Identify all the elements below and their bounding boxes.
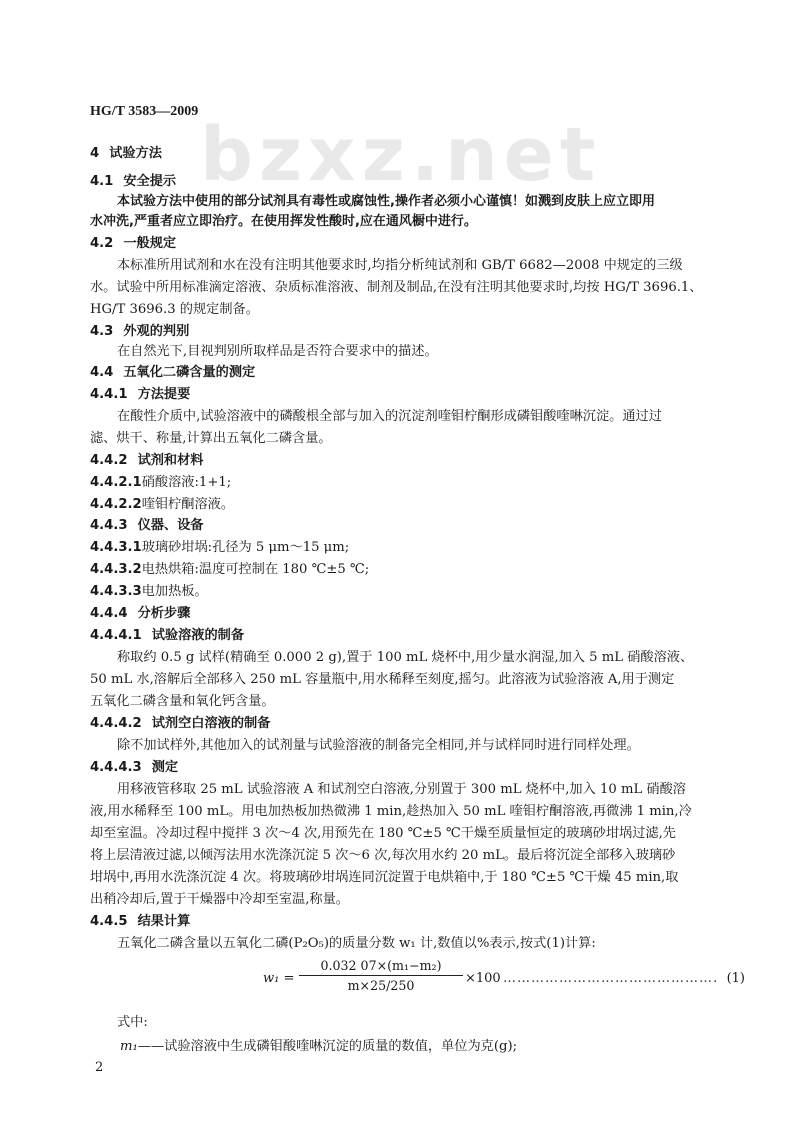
section-number: 4.4.3 <box>90 516 128 536</box>
section-number: 4.4 <box>90 363 113 383</box>
section-number: 4.4.2 <box>90 451 128 471</box>
variable-description: ——试验溶液中生成磷钼酸喹啉沉淀的质量的数值，单位为克(g); <box>138 1039 517 1054</box>
section-number: 4.4.1 <box>90 385 128 405</box>
fraction-denominator: m×25/250 <box>299 976 463 993</box>
section-number: 4.4.4 <box>90 604 128 624</box>
section-4-3-heading: 4.3外观的判别 <box>90 322 189 342</box>
item-number: 4.4.3.2 <box>90 562 142 577</box>
item-number: 4.4.2.2 <box>90 497 142 512</box>
section-number: 4.4.4.1 <box>90 626 142 646</box>
section-title: 仪器、设备 <box>138 518 204 533</box>
section-4-1-heading: 4.1安全提示 <box>90 172 176 192</box>
section-title: 测定 <box>152 760 178 775</box>
paragraph-line: 出稍冷却后,置于干燥器中冷却至室温,称量。 <box>90 890 349 910</box>
equation-fraction: 0.032 07×(m₁−m₂) m×25/250 <box>299 958 463 993</box>
list-item: 4.4.2.2喹钼柠酮溶液。 <box>90 495 234 515</box>
section-4-heading: 4试验方法 <box>90 144 162 164</box>
list-item: 4.4.3.3电加热板。 <box>90 582 208 602</box>
standard-code: HG/T 3583—2009 <box>90 102 198 122</box>
section-title: 方法提要 <box>138 387 191 402</box>
fraction-numerator: 0.032 07×(m₁−m₂) <box>299 958 463 976</box>
item-text: 玻璃砂坩埚:孔径为 5 μm～15 μm; <box>142 540 349 555</box>
item-number: 4.4.2.1 <box>90 475 142 490</box>
section-number: 4.4.5 <box>90 912 128 932</box>
list-item: 4.4.3.2电热烘箱:温度可控制在 180 ℃±5 ℃; <box>90 560 369 580</box>
where-label: 式中: <box>117 1013 148 1033</box>
paragraph-line: 本标准所用试剂和水在没有注明其他要求时,均指分析纯试剂和 GB/T 6682—2… <box>117 256 683 276</box>
variable-symbol: m₁ <box>120 1039 138 1054</box>
section-title: 试验方法 <box>109 146 162 161</box>
section-4-2-heading: 4.2一般规定 <box>90 234 176 254</box>
document-page: bzxz.net HG/T 3583—2009 4试验方法 4.1安全提示 本试… <box>0 0 800 1133</box>
variable-definition: m₁——试验溶液中生成磷钼酸喹啉沉淀的质量的数值，单位为克(g); <box>120 1037 517 1057</box>
section-title: 五氧化二磷含量的测定 <box>123 365 255 380</box>
section-4-4-heading: 4.4五氧化二磷含量的测定 <box>90 363 255 383</box>
watermark: bzxz.net <box>200 118 601 192</box>
section-title: 试剂和材料 <box>138 453 204 468</box>
item-text: 喹钼柠酮溶液。 <box>142 497 234 512</box>
paragraph-line: 将上层清液过滤,以倾泻法用水洗涤沉淀 5 次～6 次,每次用水约 20 mL。最… <box>90 846 675 866</box>
paragraph-line: 五氧化二磷含量以五氧化二磷(P₂O₅)的质量分数 w₁ 计,数值以%表示,按式(… <box>117 934 596 954</box>
paragraph-line: 却至室温。冷却过程中搅拌 3 次～4 次,用预先在 180 ℃±5 ℃干燥至质量… <box>90 824 676 844</box>
page-number: 2 <box>95 1060 103 1075</box>
section-number: 4 <box>90 144 99 164</box>
paragraph-line: 滤、烘干、称量,计算出五氧化二磷含量。 <box>90 429 332 449</box>
section-4-4-4-3-heading: 4.4.4.3测定 <box>90 758 178 778</box>
item-text: 硝酸溶液:1+1; <box>142 475 231 490</box>
list-item: 4.4.3.1玻璃砂坩埚:孔径为 5 μm～15 μm; <box>90 538 349 558</box>
paragraph-line: 用移液管移取 25 mL 试验溶液 A 和试剂空白溶液,分别置于 300 mL … <box>117 780 686 800</box>
paragraph-line: 水冲洗,严重者应立即治疗。在使用挥发性酸时,应在通风橱中进行。 <box>90 212 477 232</box>
section-title: 外观的判别 <box>123 324 189 339</box>
section-4-4-4-heading: 4.4.4分析步骤 <box>90 604 190 624</box>
paragraph-line: 液,用水稀释至 100 mL。用电加热板加热微沸 1 min,趁热加入 50 m… <box>90 802 692 822</box>
section-title: 安全提示 <box>123 174 176 189</box>
section-4-4-4-1-heading: 4.4.4.1试验溶液的制备 <box>90 626 244 646</box>
paragraph-line: 坩埚中,再用水洗涤沉淀 4 次。将玻璃砂坩埚连同沉淀置于电烘箱中,于 180 ℃… <box>90 868 678 888</box>
item-number: 4.4.3.3 <box>90 584 142 599</box>
section-4-4-2-heading: 4.4.2试剂和材料 <box>90 451 204 471</box>
paragraph-line: HG/T 3696.3 的规定制备。 <box>90 300 259 320</box>
equation-number: (1) <box>727 971 745 986</box>
list-item: 4.4.2.1硝酸溶液:1+1; <box>90 473 231 493</box>
item-number: 4.4.3.1 <box>90 540 142 555</box>
section-4-4-4-2-heading: 4.4.4.2试剂空白溶液的制备 <box>90 714 270 734</box>
paragraph-line: 称取约 0.5 g 试样(精确至 0.000 2 g),置于 100 mL 烧杯… <box>117 648 693 668</box>
section-4-4-3-heading: 4.4.3仪器、设备 <box>90 516 204 536</box>
equation-rhs: ×100 <box>465 971 501 986</box>
paragraph-line: 50 mL 水,溶解后全部移入 250 mL 容量瓶中,用水稀释至刻度,摇匀。此… <box>90 670 674 690</box>
paragraph-line: 本试验方法中使用的部分试剂具有毒性或腐蚀性,操作者必须小心谨慎！如溅到皮肤上应立… <box>117 192 655 212</box>
paragraph-line: 五氧化二磷含量和氧化钙含量。 <box>90 692 275 712</box>
section-number: 4.4.4.2 <box>90 714 142 734</box>
equation-1: w₁ = 0.032 07×(m₁−m₂) m×25/250 ×100 …………… <box>263 958 745 1002</box>
paragraph-line: 在酸性介质中,试验溶液中的磷酸根全部与加入的沉淀剂喹钼柠酮形成磷钼酸喹啉沉淀。通… <box>117 407 662 427</box>
section-number: 4.3 <box>90 322 113 342</box>
section-number: 4.1 <box>90 172 113 192</box>
paragraph-line: 除不加试样外,其他加入的试剂量与试验溶液的制备完全相同,并与试样同时进行同样处理… <box>117 736 640 756</box>
item-text: 电热烘箱:温度可控制在 180 ℃±5 ℃; <box>142 562 369 577</box>
paragraph-line: 在自然光下,目视判别所取样品是否符合要求中的描述。 <box>117 342 438 362</box>
section-number: 4.4.4.3 <box>90 758 142 778</box>
equation-lhs: w₁ = <box>263 971 294 986</box>
section-title: 一般规定 <box>123 236 176 251</box>
section-4-4-1-heading: 4.4.1方法提要 <box>90 385 190 405</box>
item-text: 电加热板。 <box>142 584 208 599</box>
section-title: 分析步骤 <box>138 606 191 621</box>
section-title: 试验溶液的制备 <box>152 628 244 643</box>
section-title: 结果计算 <box>138 914 191 929</box>
leader-dots: ……………………………………………………………… <box>503 971 718 986</box>
section-4-4-5-heading: 4.4.5结果计算 <box>90 912 190 932</box>
paragraph-line: 水。试验中所用标准滴定溶液、杂质标准溶液、制剂及制品,在没有注明其他要求时,均按… <box>90 278 703 298</box>
section-number: 4.2 <box>90 234 113 254</box>
section-title: 试剂空白溶液的制备 <box>152 716 271 731</box>
